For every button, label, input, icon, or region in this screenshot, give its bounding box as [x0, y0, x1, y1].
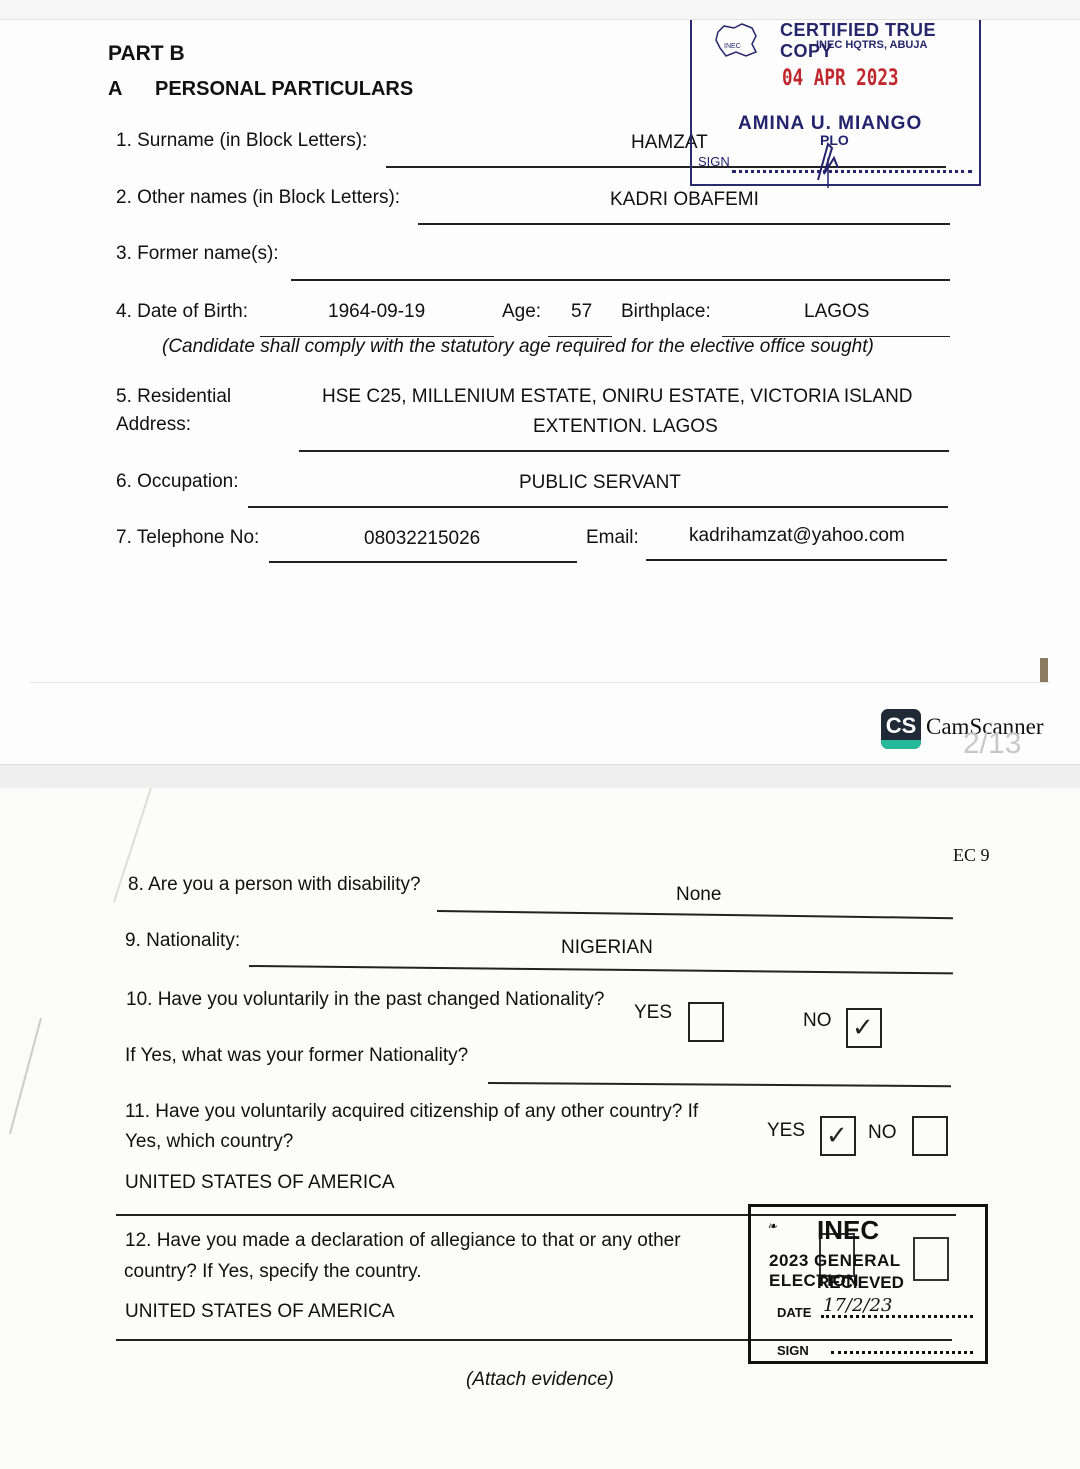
stamp-sign-dots [732, 170, 972, 173]
q10-yes-checkbox[interactable] [688, 1002, 724, 1042]
q11-no-checkbox[interactable] [912, 1116, 948, 1156]
svg-text:INEC: INEC [724, 43, 741, 50]
former-names-label: 3. Former name(s): [116, 243, 279, 265]
birthplace-label: Birthplace: [621, 301, 711, 323]
address-line [299, 450, 949, 452]
inec-stamp-sign-dots [831, 1351, 973, 1354]
camscanner-badge-text: CS [881, 713, 921, 739]
former-nationality-question: If Yes, what was your former Nationality… [125, 1045, 468, 1067]
nationality-value[interactable]: NIGERIAN [561, 937, 653, 959]
email-label: Email: [586, 527, 639, 549]
nationality-label: 9. Nationality: [125, 930, 240, 952]
dob-label: 4. Date of Birth: [116, 301, 248, 323]
inec-logo-icon: INEC [712, 22, 760, 58]
age-label: Age: [502, 301, 541, 323]
section-title: PERSONAL PARTICULARS [155, 78, 413, 101]
q10-yes-label: YES [634, 1002, 672, 1024]
allegiance-country-value[interactable]: UNITED STATES OF AMERICA [125, 1301, 395, 1323]
inec-stamp-sign-label: SIGN [777, 1343, 809, 1358]
telephone-value[interactable]: 08032215026 [364, 528, 480, 550]
page-indicator: 2/13 [963, 727, 1021, 761]
attach-evidence-note: (Attach evidence) [466, 1369, 614, 1391]
disability-label: 8. Are you a person with disability? [128, 874, 421, 896]
disability-value[interactable]: None [676, 884, 721, 906]
top-strip [0, 0, 1080, 20]
occupation-label: 6. Occupation: [116, 471, 239, 493]
inec-stamp-logo-icon: ❧ [767, 1219, 777, 1233]
former-names-line [291, 279, 950, 281]
q10-no-label: NO [803, 1010, 832, 1032]
camscanner-accent-bar [881, 740, 921, 749]
page-separator [0, 764, 1080, 790]
allegiance-question-line1: 12. Have you made a declaration of alleg… [125, 1230, 681, 1252]
citizenship-country-value[interactable]: UNITED STATES OF AMERICA [125, 1172, 395, 1194]
part-heading: PART B [108, 42, 185, 66]
stamp-office: INEC HQTRS, ABUJA [816, 39, 927, 51]
occupation-line [248, 506, 948, 508]
inec-stamp-title: INEC [817, 1215, 879, 1246]
allegiance-question-line2: country? If Yes, specify the country. [124, 1261, 421, 1283]
form-page-2: EC 9 8. Are you a person with disability… [0, 788, 1080, 1469]
stamp-date: 04 APR 2023 [782, 66, 899, 91]
inec-stamp-date-dots [821, 1315, 973, 1318]
birthplace-value[interactable]: LAGOS [804, 301, 869, 323]
address-label-line1: 5. Residential [116, 386, 231, 408]
telephone-line [269, 561, 577, 563]
citizenship-question-line2: Yes, which country? [125, 1131, 293, 1153]
form-code: EC 9 [953, 845, 990, 866]
inec-stamp-date-value: 17/2/23 [823, 1295, 892, 1316]
inec-stamp-status: RECIEVED [817, 1273, 904, 1293]
address-value-line2[interactable]: EXTENTION. LAGOS [533, 416, 718, 438]
q11-no-label: NO [868, 1122, 897, 1144]
surname-label: 1. Surname (in Block Letters): [116, 130, 367, 152]
page-edge-mark [1040, 658, 1048, 682]
page-bottom-edge [30, 682, 1050, 683]
occupation-value[interactable]: PUBLIC SERVANT [519, 472, 681, 494]
stamp-sign-label: SIGN [698, 154, 730, 169]
inec-received-stamp: ❧ INEC 2023 GENERAL ELECTION RECIEVED DA… [748, 1204, 988, 1364]
address-label-line2: Address: [116, 414, 191, 436]
changed-nationality-question: 10. Have you voluntarily in the past cha… [126, 989, 604, 1011]
telephone-label: 7. Telephone No: [116, 527, 259, 549]
dob-value[interactable]: 1964-09-19 [328, 301, 425, 323]
age-value[interactable]: 57 [571, 301, 592, 323]
certified-true-copy-stamp: INEC CERTIFIED TRUE COPY INEC HQTRS, ABU… [690, 20, 981, 186]
q11-yes-checkbox[interactable] [820, 1116, 856, 1156]
q10-no-checkbox[interactable] [846, 1008, 882, 1048]
section-letter: A [108, 78, 122, 101]
email-line [646, 559, 947, 561]
age-requirement-note: (Candidate shall comply with the statuto… [162, 336, 874, 358]
inec-stamp-date-label: DATE [777, 1305, 811, 1320]
other-names-label: 2. Other names (in Block Letters): [116, 187, 400, 209]
email-value[interactable]: kadrihamzat@yahoo.com [689, 525, 905, 547]
camscanner-logo-icon: CS [881, 709, 921, 749]
citizenship-question-line1: 11. Have you voluntarily acquired citize… [125, 1101, 698, 1123]
form-page-1: PART B A PERSONAL PARTICULARS 1. Surname… [0, 20, 1080, 764]
address-value-line1[interactable]: HSE C25, MILLENIUM ESTATE, ONIRU ESTATE,… [322, 386, 913, 408]
signature-scribble-icon [814, 138, 844, 188]
other-names-line [418, 223, 950, 225]
q11-yes-label: YES [767, 1120, 805, 1142]
other-names-value[interactable]: KADRI OBAFEMI [610, 189, 759, 211]
